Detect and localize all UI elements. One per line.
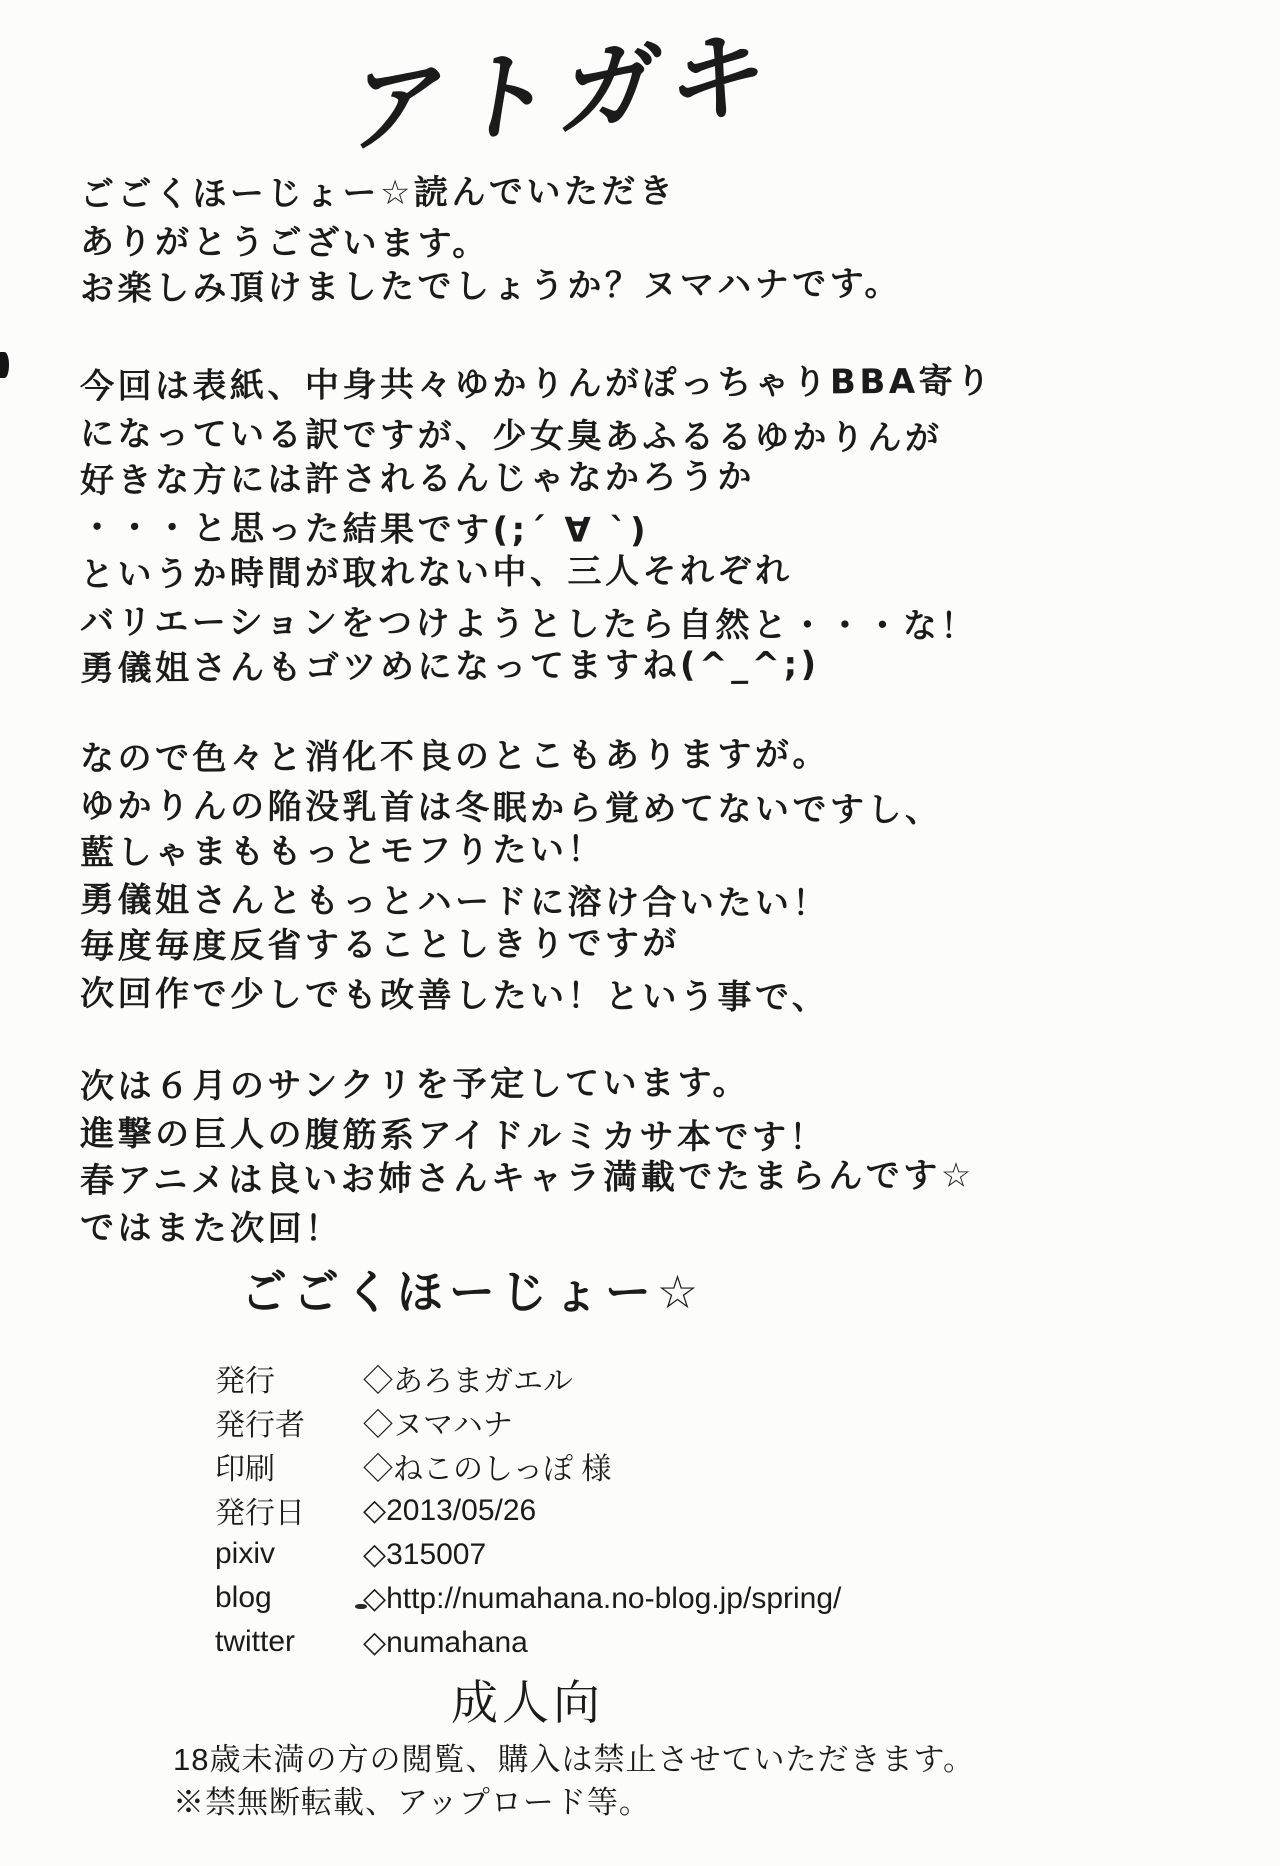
handwritten-line: お楽しみ頂けましたでしょうか？ヌマハナです。 [80,261,902,313]
handwritten-line: 好きな方には許されるんじゃなかろうか [80,452,994,505]
colophon-value: ◇あろまガエル [363,1356,573,1400]
handwritten-line: 勇儀姐さんもゴツめになってますね(^_^;) [80,640,994,693]
handwritten-line: ではまた次回！ [80,1205,975,1257]
colophon-row-blog: blog ◇http://numahana.no-blog.jp/spring/ [215,1576,841,1620]
colophon-row-printer: 印刷 ◇ねこのしっぽ 様 [215,1444,841,1488]
colophon-value: ◇2013/05/26 [363,1493,536,1528]
handwritten-line: 今回は表紙、中身共々ゆかりんがぽっちゃりBBA寄り [80,358,994,411]
handwritten-line: 毎度毎度反省することしきりですが [80,919,943,971]
colophon-value: ◇ねこのしっぽ 様 [363,1444,611,1488]
colophon-value: ◇numahana [363,1625,528,1660]
warning-block: 18歳未満の方の閲覧、購入は禁止させていただきます。 ※禁無断転載、アップロード… [173,1738,975,1824]
colophon-label: 発行者 [215,1400,363,1444]
afterword-paragraph-1: ごごくほーじょー☆読んでいただき ありがとうございます。 お楽しみ頂けましたでし… [80,172,902,313]
book-title: ごごくほーじょー☆ [0,1256,945,1322]
scan-artifact [355,1604,367,1609]
colophon-row-twitter: twitter ◇numahana [215,1620,841,1664]
colophon-label: 印刷 [215,1444,363,1488]
colophon-value: ◇ヌマハナ [363,1400,513,1444]
scanned-afterword-page: アトガキ ごごくほーじょー☆読んでいただき ありがとうございます。 お楽しみ頂け… [0,0,1280,1866]
warning-line: 18歳未満の方の閲覧、購入は禁止させていただきます。 [173,1738,975,1781]
handwritten-line: 藍しゃまももっとモフりたい！ [80,825,943,877]
colophon-label: 発行日 [215,1488,363,1532]
colophon-value: ◇http://numahana.no-blog.jp/spring/ [363,1581,841,1616]
handwritten-line: 次は６月のサンクリを予定しています。 [80,1059,975,1111]
colophon-label: blog [215,1581,363,1615]
colophon-label: 発行 [215,1356,363,1400]
colophon-row-date: 発行日 ◇2013/05/26 [215,1488,841,1532]
adult-notice: 成人向 [0,1666,1055,1733]
afterword-paragraph-2: 今回は表紙、中身共々ゆかりんがぽっちゃりBBA寄り になっている訳ですが、少女臭… [80,364,994,693]
warning-line: ※禁無断転載、アップロード等。 [173,1781,975,1824]
colophon-value: ◇315007 [363,1537,486,1572]
handwritten-line: 春アニメは良いお姉さんキャラ満載でたまらんです☆ [80,1153,975,1205]
colophon-row-publisher: 発行 ◇あろまガエル [215,1356,841,1400]
handwritten-line: なので色々と消化不良のとこもありますが。 [80,731,943,783]
colophon: 発行 ◇あろまガエル 発行者 ◇ヌマハナ 印刷 ◇ねこのしっぽ 様 発行日 ◇2… [215,1356,841,1664]
handwritten-line: 次回作で少しでも改善したい！という事で、 [80,971,943,1023]
colophon-label: pixiv [215,1537,363,1571]
handwritten-line: というか時間が取れない中、三人それぞれ [80,546,994,599]
handwritten-line: ごごくほーじょー☆読んでいただき [80,167,902,219]
colophon-label: twitter [215,1625,363,1659]
afterword-paragraph-3: なので色々と消化不良のとこもありますが。 ゆかりんの陥没乳首は冬眠から覚めてない… [80,736,943,1018]
afterword-paragraph-4: 次は６月のサンクリを予定しています。 進撃の巨人の腹筋系アイドルミカサ本です！ … [80,1064,975,1252]
scan-artifact [0,352,9,378]
colophon-row-pixiv: pixiv ◇315007 [215,1532,841,1576]
colophon-row-author: 発行者 ◇ヌマハナ [215,1400,841,1444]
